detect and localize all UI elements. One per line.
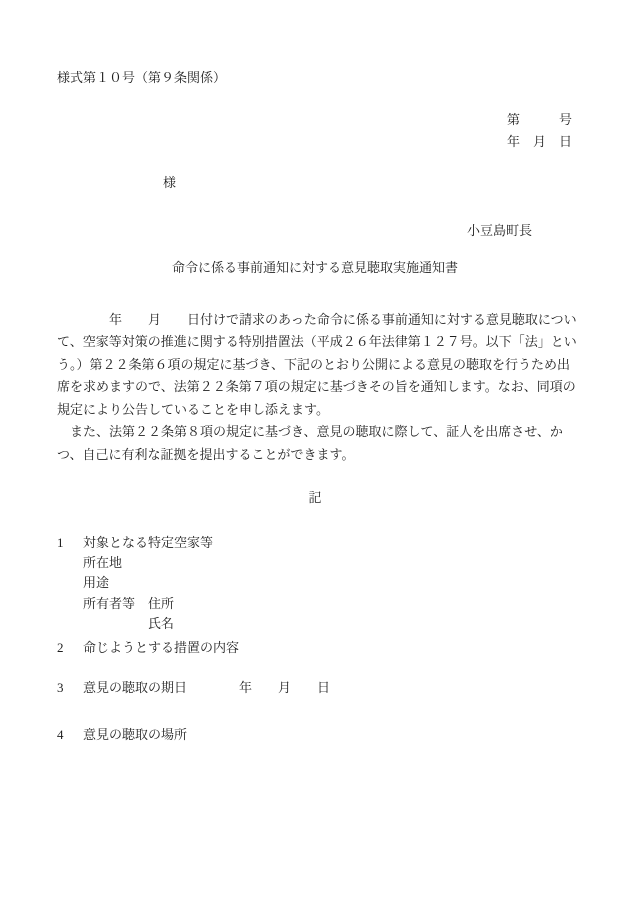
body-line-3: う。）第２２条第６項の規定に基づき、下記のとおり公開による意見の聴取を行うため出 [57, 357, 570, 373]
list-item-3-label: 意見の聴取の期日 年 月 日 [83, 680, 330, 695]
list-item-2-label: 命じようとする措置の内容 [83, 640, 239, 655]
list-item-1: 1対象となる特定空家等 [57, 535, 213, 551]
list-item-4-label: 意見の聴取の場所 [83, 727, 187, 742]
list-item-1-sub-owner-address: 所有者等 住所 [83, 596, 174, 612]
body-line-7: つ、自己に有利な証拠を提出することができます。 [57, 447, 354, 463]
document-number-line: 第 号 [507, 112, 572, 128]
list-item-2-number: 2 [57, 640, 83, 656]
body-line-5: 規定により公告していることを申し添えます。 [57, 402, 329, 418]
document-title: 命令に係る事前通知に対する意見聴取実施通知書 [0, 260, 630, 276]
body-line-1: 年 月 日付けで請求のあった命令に係る事前通知に対する意見聴取につい [57, 312, 577, 328]
list-item-1-label: 対象となる特定空家等 [83, 535, 213, 550]
body-line-4: 席を求めますので、法第２２条第７項の規定に基づきその旨を通知します。なお、同項の [57, 379, 576, 395]
list-item-1-sub-location: 所在地 [83, 555, 122, 571]
body-line-2: て、空家等対策の推進に関する特別措置法（平成２６年法律第１２７号。以下「法」とい [57, 334, 577, 350]
sender-name: 小豆島町長 [467, 223, 532, 239]
list-item-3-number: 3 [57, 680, 83, 696]
addressee-honorific: 様 [163, 175, 176, 191]
record-section-heading: 記 [0, 490, 630, 506]
list-item-1-sub-owner-name: 氏名 [148, 616, 174, 632]
document-page: 様式第１０号（第９条関係） 第 号 年 月 日 様 小豆島町長 命令に係る事前通… [0, 0, 630, 903]
list-item-1-sub-usage: 用途 [83, 575, 109, 591]
form-number: 様式第１０号（第９条関係） [57, 70, 226, 86]
body-line-6: また、法第２２条第８項の規定に基づき、意見の聴取に際して、証人を出席させ、か [57, 424, 563, 440]
list-item-3: 3意見の聴取の期日 年 月 日 [57, 680, 330, 696]
list-item-4-number: 4 [57, 727, 83, 743]
list-item-1-number: 1 [57, 535, 83, 551]
list-item-2: 2命じようとする措置の内容 [57, 640, 239, 656]
list-item-4: 4意見の聴取の場所 [57, 727, 187, 743]
date-line: 年 月 日 [507, 134, 572, 150]
